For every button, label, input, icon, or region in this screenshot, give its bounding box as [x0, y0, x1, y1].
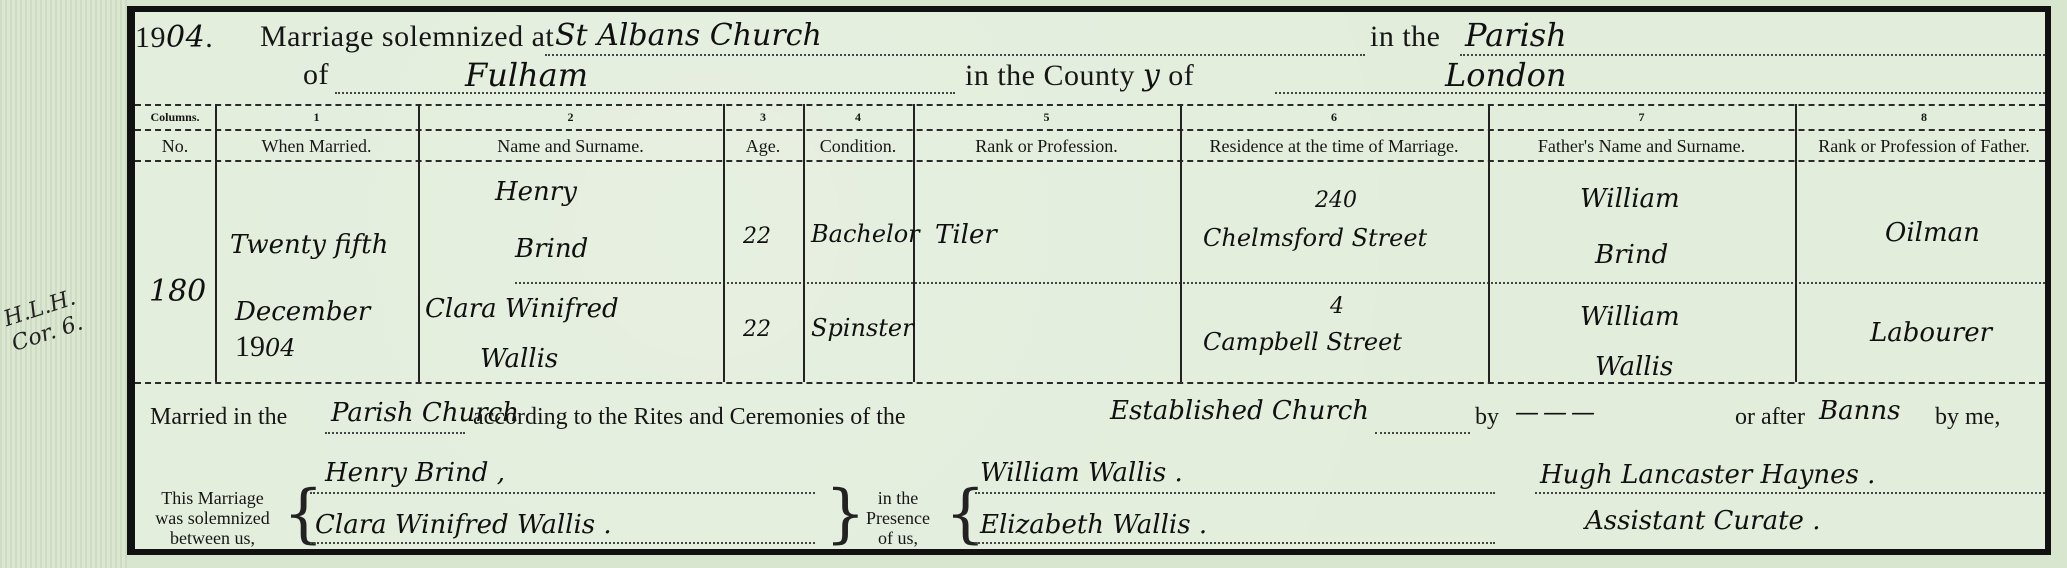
bride-residence-street: Campbell Street [1203, 328, 1402, 356]
groom-first-name: Henry [495, 177, 577, 207]
officiant-line [1535, 492, 2045, 494]
by-me-label: by me, [1935, 404, 2000, 431]
rites-value: Established Church [1110, 396, 1369, 426]
bride-father-profession: Labourer [1870, 318, 1992, 348]
bride-first-names: Clara Winifred [425, 294, 619, 324]
between-label-line3: between us, [145, 528, 280, 548]
married-in-label: Married in the [150, 404, 287, 431]
colhdr-residence: Residence at the time of Marriage. [1180, 136, 1488, 157]
church-name: St Albans Church [555, 18, 822, 53]
certificate-frame: 1904. Marriage solemnized at St Albans C… [127, 6, 2051, 555]
table-bottom-rule [135, 382, 2045, 384]
party1-line [310, 492, 815, 494]
marriage-year: 1904 [235, 330, 296, 364]
row-split-rule [515, 282, 2045, 284]
groom-surname: Brind [515, 234, 588, 264]
colhdr-father-name: Father's Name and Surname. [1488, 136, 1795, 157]
in-the-label: in the [1370, 20, 1441, 54]
colnum-7: 7 [1488, 110, 1795, 125]
presence-label: in the Presence of us, [853, 488, 943, 548]
colnum-6: 6 [1180, 110, 1488, 125]
bride-father-surname: Wallis [1595, 352, 1673, 382]
solemnized-label: Marriage solemnized at [260, 20, 554, 54]
bride-surname: Wallis [480, 344, 558, 374]
by-value: ——— [1515, 398, 1599, 426]
after-label: or after [1735, 404, 1805, 431]
marriage-day: Twenty fifth [230, 230, 388, 260]
county-underline [1275, 92, 2045, 94]
groom-condition: Bachelor [811, 220, 920, 248]
header-bottom-rule [135, 160, 2045, 162]
colhdr-father-profession: Rank or Profession of Father. [1795, 136, 2053, 157]
colnum-3: 3 [723, 110, 803, 125]
presence-label-line1: in the [853, 488, 943, 508]
witness2-line [975, 542, 1495, 544]
district-type: Parish [1465, 16, 1567, 54]
colnum-label: Columns. [135, 110, 215, 125]
county-label-text: in the County [965, 59, 1135, 92]
colhdr-when-married: When Married. [215, 136, 418, 157]
groom-age: 22 [743, 224, 771, 249]
party1-signature: Henry Brind , [325, 458, 505, 488]
party2-signature: Clara Winifred Wallis . [315, 510, 612, 540]
of-label: of [303, 58, 329, 92]
married-in-underline [325, 432, 465, 434]
county-label: in the County y of [965, 58, 1194, 93]
colnum-8: 8 [1795, 110, 2053, 125]
county-of-text: of [1168, 59, 1194, 92]
groom-profession: Tiler [935, 220, 997, 250]
rites-underline [1375, 432, 1470, 434]
marriage-year-printed-fixed: 19 [235, 330, 265, 363]
county-name: London [1445, 56, 1566, 94]
groom-father-surname: Brind [1595, 240, 1668, 270]
witness1-signature: William Wallis . [980, 458, 1183, 488]
groom-father-profession: Oilman [1885, 218, 1980, 248]
after-value: Banns [1819, 396, 1900, 426]
colnum-5: 5 [913, 110, 1180, 125]
entry-number: 180 [149, 274, 206, 309]
year-printed: 19 [135, 21, 166, 54]
parish-name: Fulham [465, 56, 588, 94]
table-top-rule [135, 104, 2045, 106]
colhdr-profession: Rank or Profession. [913, 136, 1180, 157]
between-label-line2: was solemnized [145, 508, 280, 528]
year-handwritten: 04 [166, 20, 205, 55]
colnum-2: 2 [418, 110, 723, 125]
marriage-year-hand: 04 [265, 334, 296, 362]
colhdr-name: Name and Surname. [418, 136, 723, 157]
colhdr-condition: Condition. [803, 136, 913, 157]
bride-residence-number: 4 [1330, 294, 1344, 319]
year-field: 1904. [135, 20, 213, 55]
rites-label: according to the Rites and Ceremonies of… [473, 404, 906, 431]
colhdr-age: Age. [723, 136, 803, 157]
year-separator: . [205, 21, 213, 54]
colnum-rule [135, 129, 2045, 131]
groom-father-first: William [1580, 184, 1680, 214]
church-underline [545, 54, 1365, 56]
bride-condition: Spinster [811, 314, 914, 342]
colnum-4: 4 [803, 110, 913, 125]
colnum-1: 1 [215, 110, 418, 125]
county-y: y [1143, 58, 1160, 93]
presence-label-line2: Presence [853, 508, 943, 528]
between-label-line1: This Marriage [145, 488, 280, 508]
presence-label-line3: of us, [853, 528, 943, 548]
groom-residence-number: 240 [1315, 188, 1357, 213]
witness2-signature: Elizabeth Wallis . [980, 510, 1207, 540]
officiant-name: Hugh Lancaster Haynes . [1540, 460, 1875, 490]
bride-age: 22 [743, 317, 771, 342]
witness1-line [975, 492, 1495, 494]
party2-line [310, 542, 815, 544]
colhdr-no: No. [135, 136, 215, 157]
marriage-month: December [235, 297, 370, 327]
bride-father-first: William [1580, 302, 1680, 332]
parish-underline [335, 92, 955, 94]
by-label: by [1475, 404, 1499, 431]
groom-residence-street: Chelmsford Street [1203, 224, 1427, 252]
officiant-title: Assistant Curate . [1585, 506, 1820, 536]
between-label: This Marriage was solemnized between us, [145, 488, 280, 548]
